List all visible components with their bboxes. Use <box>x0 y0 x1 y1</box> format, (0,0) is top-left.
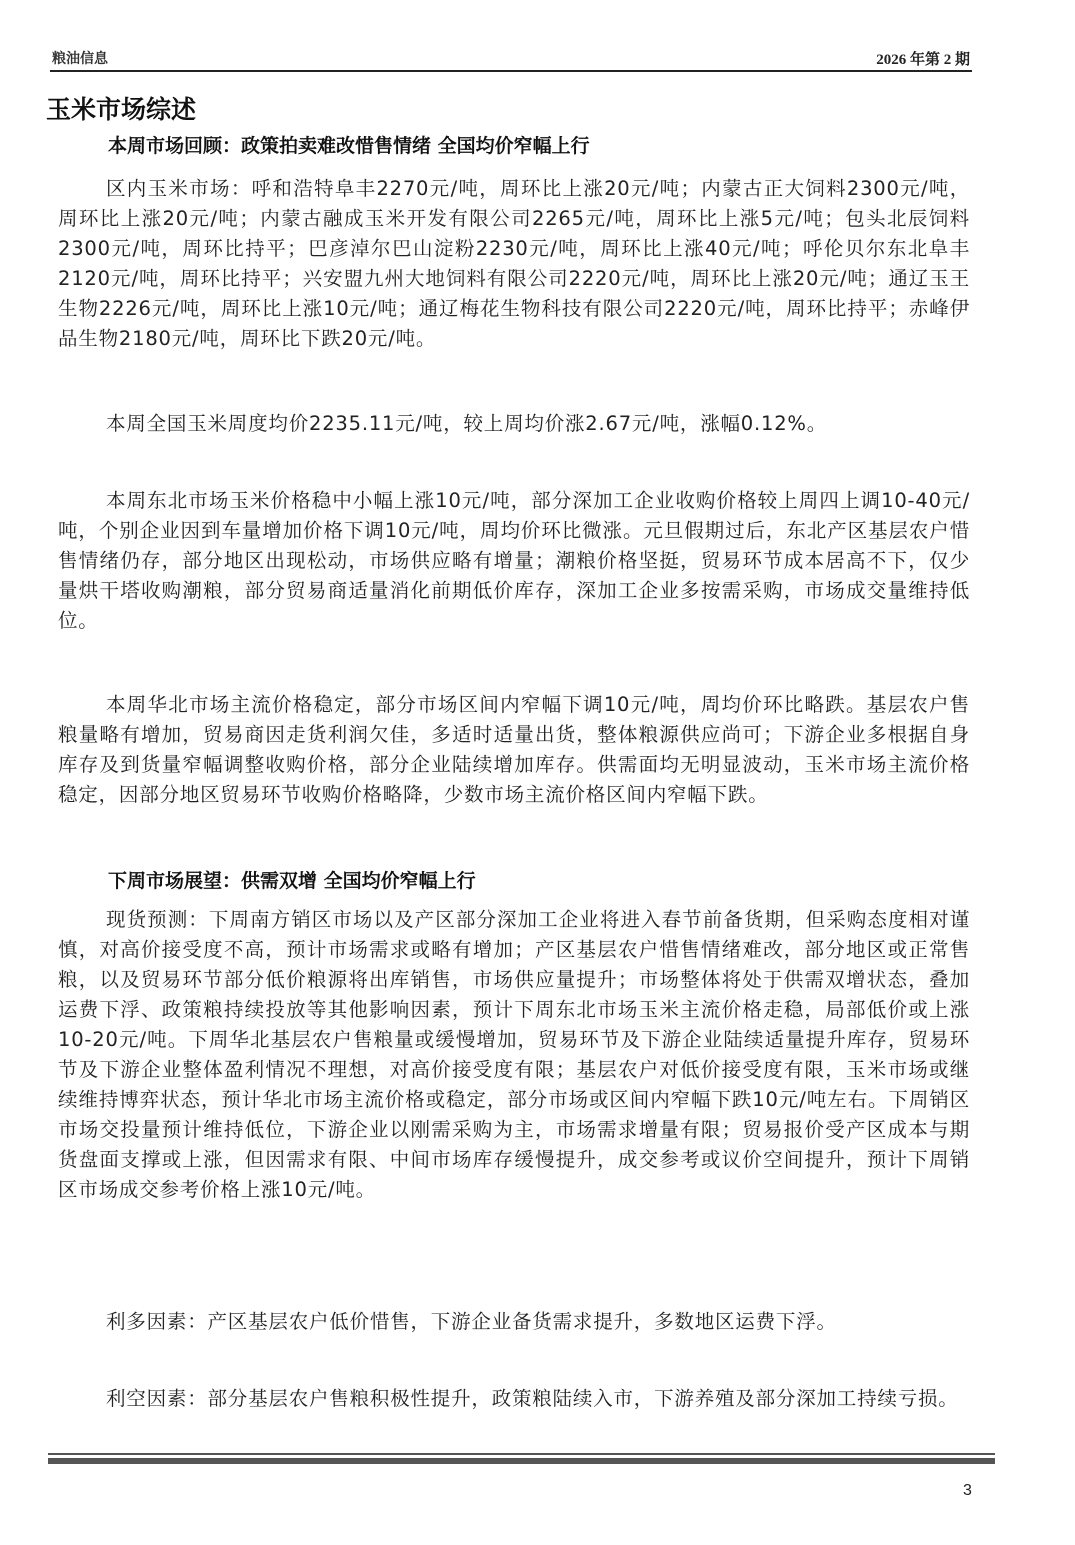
page-number: 3 <box>963 1482 972 1500</box>
review-paragraph-northeast: 本周东北市场玉米价格稳中小幅上涨10元/吨，部分深加工企业收购价格较上周四上调1… <box>58 486 970 636</box>
running-header: 粮油信息 2026 年第 2 期 <box>50 48 972 72</box>
outlook-heading: 下周市场展望：供需双增 全国均价窄幅上行 <box>108 866 476 893</box>
outlook-paragraph-spot-forecast: 现货预测：下周南方销区市场以及产区部分深加工企业将进入春节前备货期，但采购态度相… <box>58 905 970 1205</box>
review-paragraph-north-china: 本周华北市场主流价格稳定，部分市场区间内窄幅下调10元/吨，周均价环比略跌。基层… <box>58 690 970 810</box>
section-title: 玉米市场综述 <box>46 90 196 126</box>
review-heading: 本周市场回顾：政策拍卖难改惜售情绪 全国均价窄幅上行 <box>108 131 590 158</box>
document-page: 粮油信息 2026 年第 2 期 玉米市场综述 本周市场回顾：政策拍卖难改惜售情… <box>0 0 1075 1545</box>
publication-name: 粮油信息 <box>52 48 108 68</box>
footer-rule-thick <box>48 1458 995 1464</box>
review-paragraph-national-average: 本周全国玉米周度均价2235.11元/吨，较上周均价涨2.67元/吨，涨幅0.1… <box>58 409 970 439</box>
outlook-paragraph-bullish-factors: 利多因素：产区基层农户低价惜售，下游企业备货需求提升，多数地区运费下浮。 <box>58 1307 970 1337</box>
outlook-paragraph-bearish-factors: 利空因素：部分基层农户售粮积极性提升，政策粮陆续入市，下游养殖及部分深加工持续亏… <box>58 1384 970 1414</box>
footer-rule-thin <box>48 1453 995 1455</box>
review-paragraph-regional-prices: 区内玉米市场：呼和浩特阜丰2270元/吨，周环比上涨20元/吨；内蒙古正大饲料2… <box>58 174 970 354</box>
issue-number: 2026 年第 2 期 <box>876 48 970 69</box>
